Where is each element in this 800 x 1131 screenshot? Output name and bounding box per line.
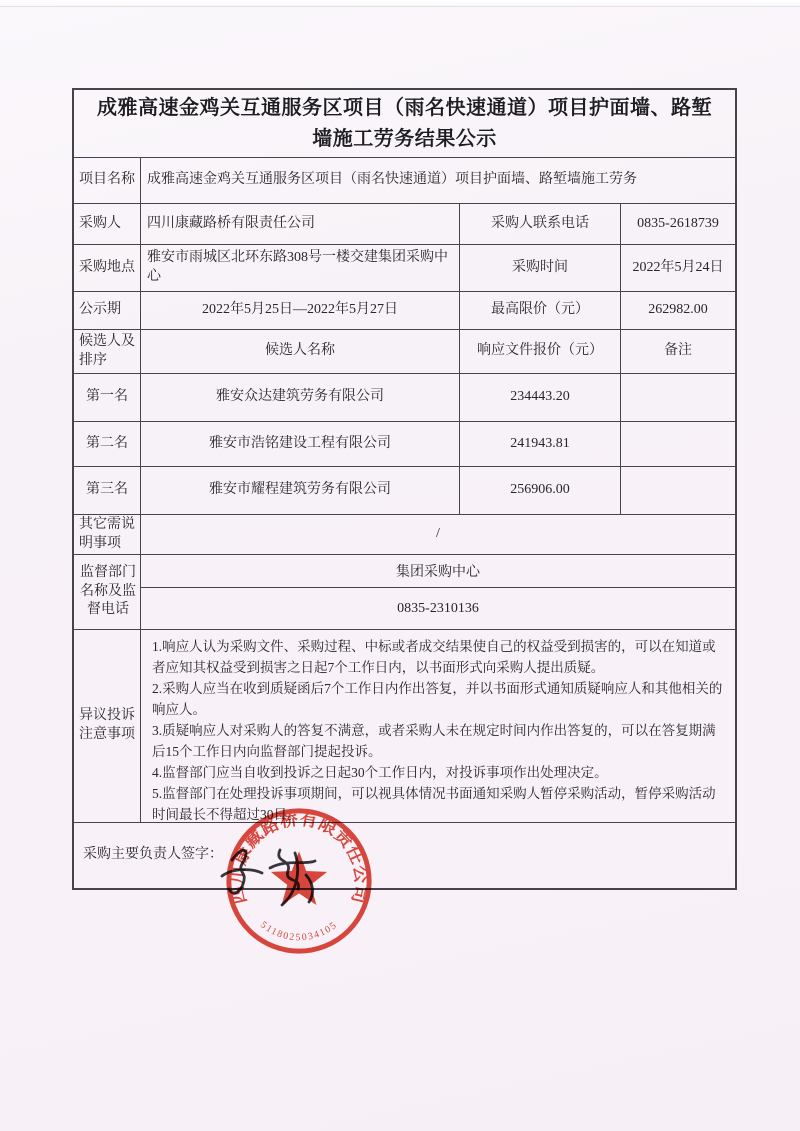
publicity-period-label: 公示期 (74, 292, 140, 329)
supervision-phone: 0835-2310136 (141, 587, 735, 629)
supervision-department: 集团采购中心 (141, 555, 735, 587)
max-price-label: 最高限价（元） (459, 292, 620, 329)
candidates-header-row: 候选人及排序 候选人名称 响应文件报价（元） 备注 (74, 329, 735, 373)
candidate-name: 雅安市耀程建筑劳务有限公司 (140, 467, 459, 514)
signature-label: 采购主要负责人签字： (74, 823, 735, 888)
objection-item-2: 2.采购人应当在收到质疑函后7个工作日内作出答复，并以书面形式通知质疑响应人和其… (152, 678, 726, 720)
objection-notes: 1.响应人认为采购文件、采购过程、中标或者成交结果使自己的权益受到损害的，可以在… (140, 630, 735, 822)
location-row: 采购地点 雅安市雨城区北环东路308号一楼交建集团采购中心 采购时间 2022年… (74, 244, 735, 291)
candidate-rank: 第三名 (74, 467, 140, 514)
publicity-period-value: 2022年5月25日—2022年5月27日 (140, 292, 459, 329)
signature-strokes (222, 850, 315, 905)
title-row: 成雅高速金鸡关互通服务区项目（雨名快速通道）项目护面墙、路堑墙施工劳务结果公示 (74, 90, 735, 157)
procurement-result-table: 成雅高速金鸡关互通服务区项目（雨名快速通道）项目护面墙、路堑墙施工劳务结果公示 … (72, 88, 737, 890)
candidate-remark (620, 467, 735, 514)
candidate-name: 雅安市浩铭建设工程有限公司 (140, 422, 459, 466)
handwritten-signature (218, 836, 340, 912)
candidate-row-2: 第二名 雅安市浩铭建设工程有限公司 241943.81 (74, 421, 735, 466)
candidate-row-1: 第一名 雅安众达建筑劳务有限公司 234443.20 (74, 373, 735, 421)
supervision-row: 监督部门名称及监督电话 集团采购中心 0835-2310136 (74, 554, 735, 629)
project-name-row: 项目名称 成雅高速金鸡关互通服务区项目（雨名快速通道）项目护面墙、路堑墙施工劳务 (74, 157, 735, 203)
purchaser-row: 采购人 四川康藏路桥有限责任公司 采购人联系电话 0835-2618739 (74, 203, 735, 244)
svg-text:5118025034105: 5118025034105 (258, 919, 340, 943)
candidate-quote: 256906.00 (459, 467, 620, 514)
candidate-quote: 234443.20 (459, 374, 620, 421)
location-value: 雅安市雨城区北环东路308号一楼交建集团采购中心 (140, 245, 459, 291)
scanned-document-page: 成雅高速金鸡关互通服务区项目（雨名快速通道）项目护面墙、路堑墙施工劳务结果公示 … (0, 0, 800, 1131)
candidates-quote-header: 响应文件报价（元） (459, 330, 620, 373)
candidate-remark (620, 422, 735, 466)
paper-top-edge (0, 0, 800, 7)
objection-item-3: 3.质疑响应人对采购人的答复不满意，或者采购人未在规定时间内作出答复的，可以在答… (152, 720, 726, 762)
project-name-value: 成雅高速金鸡关互通服务区项目（雨名快速通道）项目护面墙、路堑墙施工劳务 (140, 158, 735, 203)
other-notes-row: 其它需说明事项 / (74, 514, 735, 554)
objection-item-4: 4.监督部门应当自收到投诉之日起30个工作日内，对投诉事项作出处理决定。 (152, 762, 726, 783)
purchaser-value: 四川康藏路桥有限责任公司 (140, 204, 459, 244)
purchaser-phone-label: 采购人联系电话 (459, 204, 620, 244)
candidate-quote: 241943.81 (459, 422, 620, 466)
candidate-row-3: 第三名 雅安市耀程建筑劳务有限公司 256906.00 (74, 466, 735, 514)
candidate-rank: 第二名 (74, 422, 140, 466)
supervision-values: 集团采购中心 0835-2310136 (140, 555, 735, 629)
stamp-serial-text: 5118025034105 (258, 919, 340, 943)
objection-item-1: 1.响应人认为采购文件、采购过程、中标或者成交结果使自己的权益受到损害的，可以在… (152, 636, 726, 678)
objection-label: 异议投诉注意事项 (74, 630, 140, 822)
publicity-period-row: 公示期 2022年5月25日—2022年5月27日 最高限价（元） 262982… (74, 291, 735, 329)
project-name-label: 项目名称 (74, 158, 140, 203)
purchaser-label: 采购人 (74, 204, 140, 244)
candidates-remark-header: 备注 (620, 330, 735, 373)
signature-row: 采购主要负责人签字： (74, 822, 735, 888)
max-price-value: 262982.00 (620, 292, 735, 329)
candidate-rank: 第一名 (74, 374, 140, 421)
purchase-time-value: 2022年5月24日 (620, 245, 735, 291)
document-title: 成雅高速金鸡关互通服务区项目（雨名快速通道）项目护面墙、路堑墙施工劳务结果公示 (74, 90, 735, 157)
candidates-rank-header: 候选人及排序 (74, 330, 140, 373)
other-notes-value: / (140, 515, 735, 554)
supervision-label: 监督部门名称及监督电话 (74, 555, 140, 629)
other-notes-label: 其它需说明事项 (74, 515, 140, 554)
candidate-name: 雅安众达建筑劳务有限公司 (140, 374, 459, 421)
purchase-time-label: 采购时间 (459, 245, 620, 291)
purchaser-phone-value: 0835-2618739 (620, 204, 735, 244)
candidates-name-header: 候选人名称 (140, 330, 459, 373)
candidate-remark (620, 374, 735, 421)
objection-row: 异议投诉注意事项 1.响应人认为采购文件、采购过程、中标或者成交结果使自己的权益… (74, 629, 735, 822)
location-label: 采购地点 (74, 245, 140, 291)
